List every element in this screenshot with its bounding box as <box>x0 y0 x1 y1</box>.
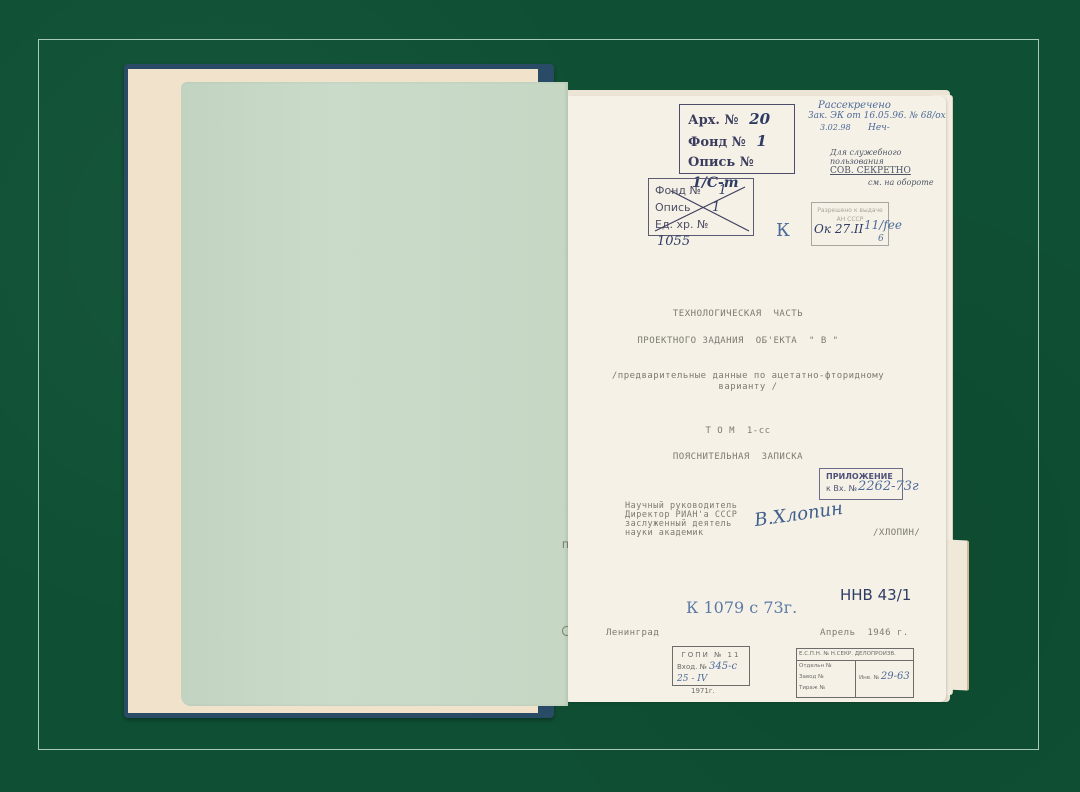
city: Ленинград <box>606 628 659 638</box>
page-stack-edge-lower <box>945 539 969 690</box>
fond-label: Фонд № <box>688 135 746 150</box>
gospi-date: 25 - IV <box>677 674 707 684</box>
date: Апрель 1946 г. <box>820 628 909 638</box>
permission-handwritten-left: Ок 27.II <box>814 222 863 236</box>
inventory-number-2: ННВ 43/1 <box>840 586 911 604</box>
doc-subtitle-line1: /предварительные данные по ацетатно-фтор… <box>568 371 928 381</box>
archive-label: Арх. № <box>688 113 739 128</box>
registry-stamp: Е.С.П.Н. № Н.СЕКР. ДЕЛОПРОИЗВ. Отдельн №… <box>796 648 914 698</box>
title-page: Арх. № 20 Фонд № 1 Опись № 1/С-т Фонд № … <box>568 96 946 702</box>
signatory-name: /ХЛОПИН/ <box>873 528 920 538</box>
registry-inv-label: Инв. № <box>859 675 879 681</box>
archive-stamp: Арх. № 20 Фонд № 1 Опись № 1/С-т <box>679 104 795 174</box>
appendix-number: 2262-73г <box>858 479 919 494</box>
doc-title-line1: ТЕХНОЛОГИЧЕСКАЯ ЧАСТЬ <box>568 309 908 319</box>
declassified-note-4: Неч- <box>868 123 890 133</box>
archive-value: 20 <box>749 110 770 128</box>
appendix-label: к Вх. № <box>826 484 857 493</box>
declassified-note-2: Зак. ЭК от 16.05.96. № 68/ох <box>808 111 946 121</box>
inventory-number: К 1079 с 73г. <box>686 598 797 617</box>
official-note-4: см. на обороте <box>868 178 934 187</box>
doc-volume: Т О М 1-сс <box>568 426 908 436</box>
doc-subtitle-line2: варианту / <box>568 382 928 392</box>
signatory-line4: науки академик <box>625 528 704 538</box>
k-mark: К <box>776 220 790 241</box>
old-archive-stamp: Фонд № 1 Опись 1 Ед. хр. № 1055 <box>648 178 754 236</box>
flyleaf-page <box>181 82 568 706</box>
permission-line1: Разрешено к выдаче <box>812 206 888 215</box>
declassified-note-1: Рассекречено <box>818 100 891 111</box>
gospi-in-label: Вход. № <box>677 663 707 671</box>
opis-label: Опись № <box>688 155 754 170</box>
gospi-year: 1971г. <box>691 687 715 695</box>
signature: В.Хлопин <box>753 498 844 531</box>
registry-inv-value: 29-63 <box>881 671 910 682</box>
gospi-title: ГОПИ № 11 <box>677 649 745 661</box>
doc-part: ПОЯСНИТЕЛЬНАЯ ЗАПИСКА <box>568 452 908 462</box>
gospi-in-value: 345-с <box>709 661 737 672</box>
cross-out-icon <box>649 179 755 237</box>
fond-value: 1 <box>756 132 766 150</box>
gospi-stamp: ГОПИ № 11 Вход. № 345-с 25 - IV 1971г. <box>672 646 750 686</box>
permission-handwritten-right: 11/fee <box>864 218 902 232</box>
permission-handwritten-year: 6 <box>878 234 884 244</box>
declassified-note-3: 3.02.98 <box>820 123 851 132</box>
doc-title-line2: ПРОЕКТНОГО ЗАДАНИЯ ОБ'ЕКТА " В " <box>568 336 908 346</box>
official-note-2: пользования <box>830 157 884 166</box>
official-note-1: Для служебного <box>830 148 901 157</box>
official-note-3: СОВ. СЕКРЕТНО <box>830 166 911 176</box>
